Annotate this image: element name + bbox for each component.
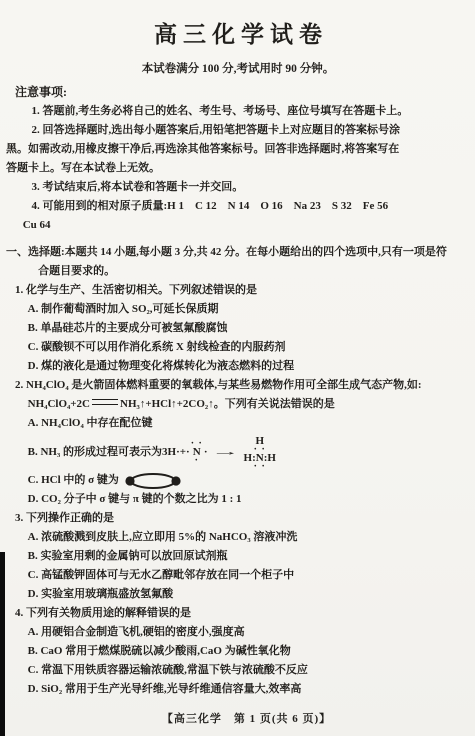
question-4-option-c: C. 常温下用铁质容器运输浓硫酸,常温下铁与浓硫酸不反应 [15,661,461,680]
question-4-option-d: D. SiO₂ 常用于生产光导纤维,光导纤维通信容量大,效率高 [15,680,461,699]
question-3-option-d: D. 实验室用玻璃瓶盛放氢氟酸 [15,585,461,604]
question-2-option-c: C. HCl 中的 σ 键为 [15,471,461,490]
question-3-option-a: A. 浓硫酸溅到皮肤上,应立即用 5%的 NaHCO₃ 溶液冲洗 [15,528,461,547]
section-1-heading-line-1: 一、选择题:本题共 14 小题,每小题 3 分,共 42 分。在每小题给出的四个… [6,243,461,262]
notice-item-4-continuation: Cu 64 [15,216,461,235]
question-1-stem: 1. 化学与生产、生活密切相关。下列叙述错误的是 [15,281,461,300]
reaction-arrow-icon: → [211,443,240,462]
nitrogen-atom-lewis: · · N · [191,441,203,463]
page-footer: 【高三化学 第 1 页(共 6 页)】 [0,710,475,729]
question-2-equation: NH₄ClO₄+2CNH₃↑+HCl↑+2CO₂↑。下列有关说法错误的是 [15,395,461,414]
s-s-orbital-overlap-icon [122,472,184,490]
question-3-option-b: B. 实验室用剩的金属钠可以放回原试剂瓶 [15,547,461,566]
notice-item-2-line-3: 答题卡上。写在本试卷上无效。 [6,159,461,178]
question-3: 3. 下列操作正确的是 A. 浓硫酸溅到皮肤上,应立即用 5%的 NaHCO₃ … [15,509,461,604]
question-1-option-d: D. 煤的液化是通过物理变化将煤转化为液态燃料的过程 [15,357,461,376]
question-2: 2. NH₄ClO₄ 是火箭固体燃料重要的氧载体,与某些易燃物作用可全部生成气态… [15,376,461,509]
lewis-dots-bottom: · [195,458,199,463]
scan-artifact-bar [0,552,5,736]
question-2-option-d: D. CO₂ 分子中 σ 键与 π 键的个数之比为 1 : 1 [15,490,461,509]
product-lone-pair-dots: · · [254,464,266,469]
question-1-option-b: B. 单晶硅芯片的主要成分可被氢氟酸腐蚀 [15,319,461,338]
section-1-heading-line-2: 合题目要求的。 [15,262,461,281]
question-4: 4. 下列有关物质用途的解释错误的是 A. 用硬铝合金制造飞机,硬铝的密度小,强… [15,604,461,699]
notice-block: 注意事项: 1. 答题前,考生务必将自己的姓名、考生号、考场号、座位号填写在答题… [15,83,461,235]
option-c-text: C. HCl 中的 σ 键为 [28,471,119,490]
ammonia-lewis-product: H · · H:N:H · · [244,435,276,469]
question-1-option-c: C. 碳酸钡不可以用作消化系统 X 射线检查的内服药剂 [15,338,461,357]
double-line-equals-icon [92,399,118,405]
question-1-option-a: A. 制作葡萄酒时加入 SO₂,可延长保质期 [15,300,461,319]
question-2-option-b: B. NH₃ 的形成过程可表示为3H·+· · · N · · → H · · … [15,435,461,469]
notice-item-2-line-1: 2. 回答选择题时,选出每小题答案后,用铅笔把答题卡上对应题目的答案标号涂 [15,121,461,140]
question-2-stem: 2. NH₄ClO₄ 是火箭固体燃料重要的氧载体,与某些易燃物作用可全部生成气态… [15,376,461,395]
question-4-stem: 4. 下列有关物质用途的解释错误的是 [15,604,461,623]
notice-item-2-line-2: 黑。如需改动,用橡皮擦干净后,再选涂其他答案标号。回答非选择题时,将答案写在 [6,140,461,159]
exam-subtitle: 本试卷满分 100 分,考试用时 90 分钟。 [15,60,461,79]
question-3-stem: 3. 下列操作正确的是 [15,509,461,528]
exam-paper-page: 高三化学试卷 本试卷满分 100 分,考试用时 90 分钟。 注意事项: 1. … [0,0,475,736]
notice-item-1: 1. 答题前,考生务必将自己的姓名、考生号、考场号、座位号填写在答题卡上。 [15,102,461,121]
notice-item-4: 4. 可能用到的相对原子质量:H 1 C 12 N 14 O 16 Na 23 … [15,197,461,216]
equation-left: NH₄ClO₄+2C [28,398,90,410]
notice-heading: 注意事项: [15,83,461,102]
equation-right: NH₃↑+HCl↑+2CO₂↑。下列有关说法错误的是 [120,398,335,410]
lewis-right-dot: · [204,443,208,462]
option-b-text: B. NH₃ 的形成过程可表示为3H·+· [28,443,190,462]
notice-item-3: 3. 考试结束后,将本试卷和答题卡一并交回。 [15,178,461,197]
page-title: 高三化学试卷 [15,20,461,50]
question-4-option-b: B. CaO 常用于燃煤脱硫以减少酸雨,CaO 为碱性氧化物 [15,642,461,661]
question-4-option-a: A. 用硬铝合金制造飞机,硬铝的密度小,强度高 [15,623,461,642]
question-2-option-a: A. NH₄ClO₄ 中存在配位键 [15,414,461,433]
question-1: 1. 化学与生产、生活密切相关。下列叙述错误的是 A. 制作葡萄酒时加入 SO₂… [15,281,461,376]
question-3-option-c: C. 高锰酸钾固体可与无水乙醇毗邻存放在同一个柜子中 [15,566,461,585]
